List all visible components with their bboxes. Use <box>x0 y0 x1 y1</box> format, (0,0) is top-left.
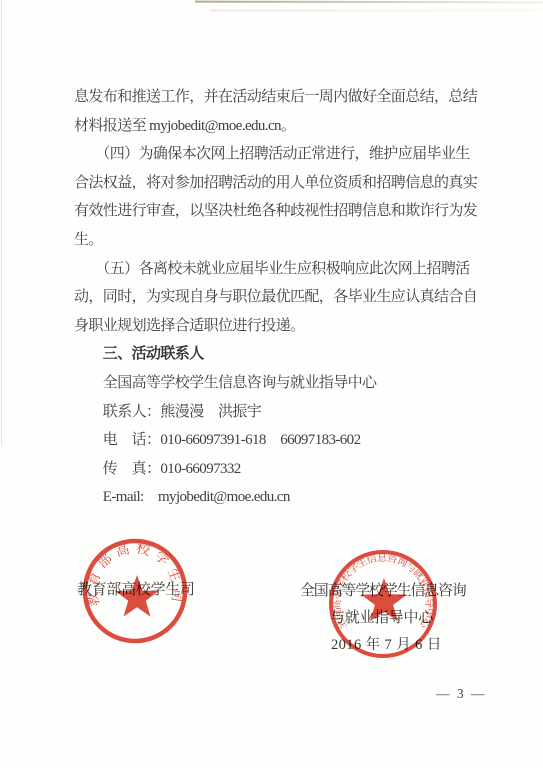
doc-line: 身职业规划选择合适职位进行投递。 <box>74 312 506 341</box>
contact-email-line: E-mail: myjobedit@moe.edu.cn <box>74 483 506 512</box>
scan-artifact-top-shadow <box>210 9 543 12</box>
doc-line: 有效性进行审查，以坚决杜绝各种歧视性招聘信息和欺诈行为发 <box>74 197 506 226</box>
contact-phone-line: 电 话：010-66097391-618 66097183-602 <box>74 426 506 455</box>
document-page: 息发布和推送工作，并在活动结束后一周内做好全面总结，总结 材料报送至 myjob… <box>0 0 543 768</box>
doc-line: 动，同时，为实现自身与职位最优匹配，各毕业生应认真结合自 <box>74 283 506 312</box>
doc-line: 生。 <box>74 226 506 255</box>
contact-fax-line: 传 真：010-66097332 <box>74 455 506 484</box>
doc-line: 全国高等学校学生信息咨询与就业指导中心 <box>74 369 506 398</box>
section-heading-contacts: 三、活动联系人 <box>74 340 506 369</box>
scan-artifact-top-edge <box>195 1 543 4</box>
seal-caption-right-line1: 全国高等学校学生信息咨询 <box>300 583 466 599</box>
doc-line: （五）各离校未就业应届毕业生应积极响应此次网上招聘活 <box>74 255 506 284</box>
seal-caption-right-line2: 与就业指导中心 <box>330 610 433 626</box>
doc-line: 合法权益，将对参加招聘活动的用人单位资质和招聘信息的真实 <box>74 169 506 198</box>
date-text: 2016 年 7 月 6 日 <box>331 637 442 653</box>
scan-artifact-left-edge <box>1 0 2 445</box>
seal-caption-left: 教育部高校学生司 <box>77 582 195 598</box>
doc-line: 息发布和推送工作，并在活动结束后一周内做好全面总结，总结 <box>74 83 506 112</box>
doc-line: （四）为确保本次网上招聘活动正常进行，维护应届毕业生 <box>74 140 506 169</box>
contact-person-line: 联系人：熊漫漫 洪振宇 <box>74 398 506 427</box>
doc-line: 材料报送至 myjobedit@moe.edu.cn。 <box>74 112 506 141</box>
document-body: 息发布和推送工作，并在活动结束后一周内做好全面总结，总结 材料报送至 myjob… <box>74 83 506 512</box>
page-number: — 3 — <box>436 686 487 702</box>
